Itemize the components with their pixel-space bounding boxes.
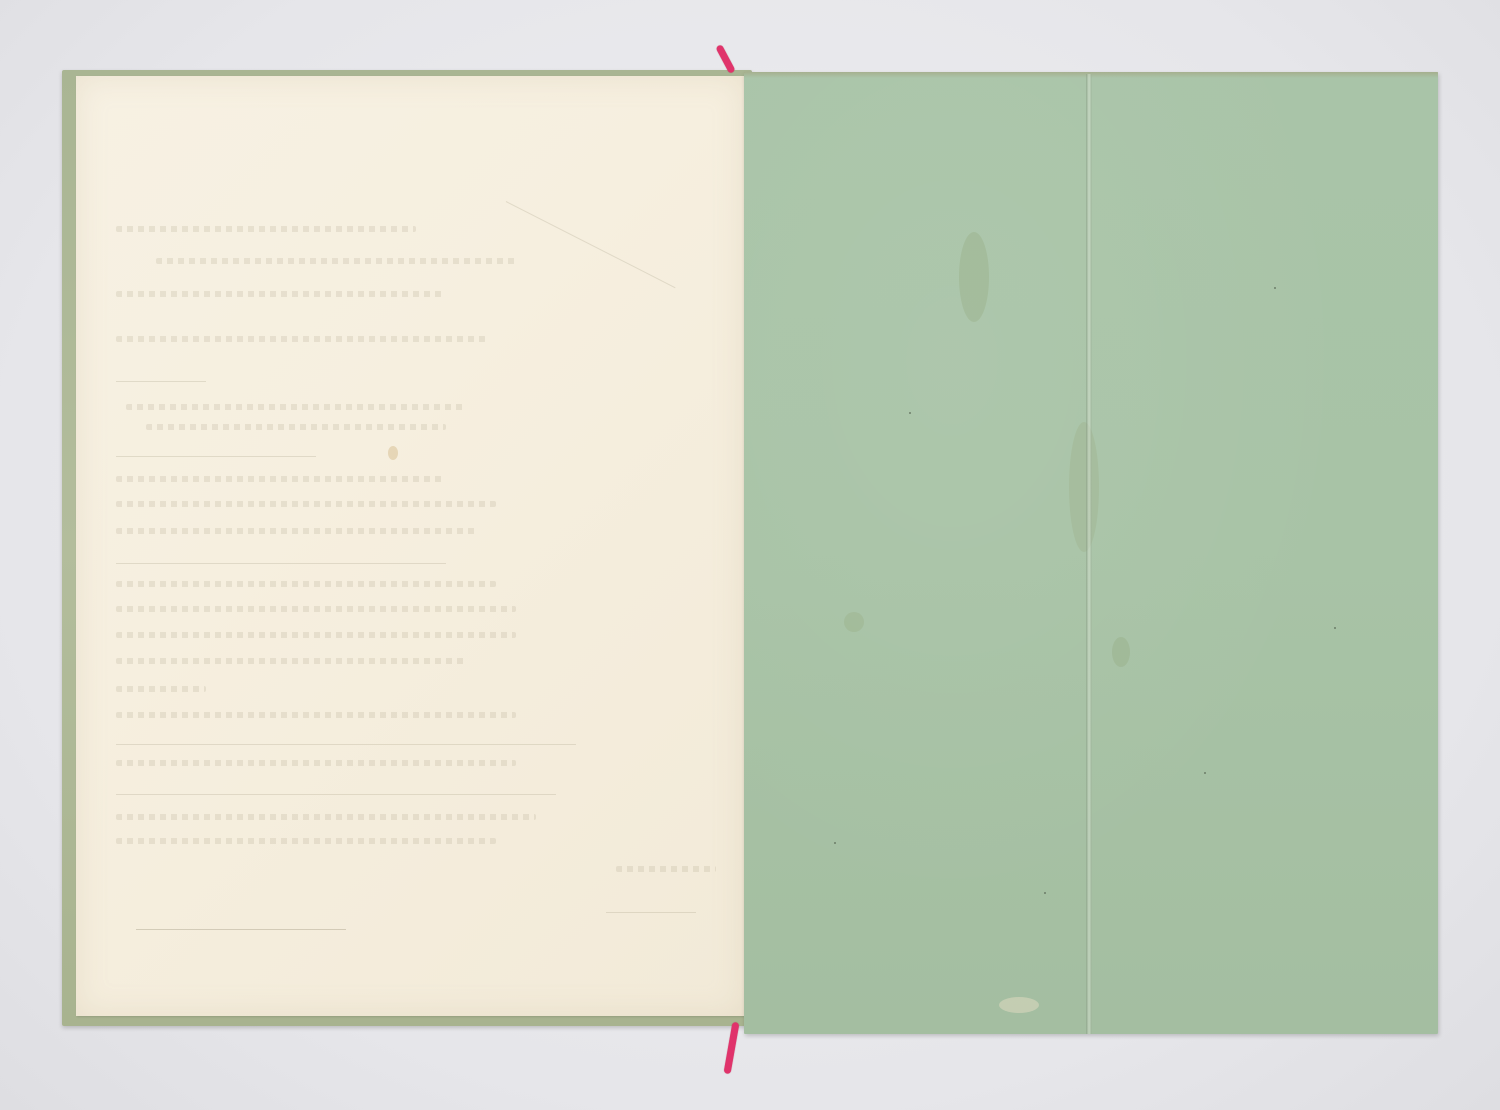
show-through-signature: [136, 929, 346, 930]
paper-fleck: [1044, 892, 1046, 894]
show-through-rule: [116, 794, 556, 795]
show-through-text: [116, 476, 446, 482]
show-through-text: [116, 838, 496, 844]
show-through-rule: [116, 456, 316, 457]
photo-background: [0, 0, 1500, 1110]
paper-fleck: [1334, 627, 1336, 629]
cover-stain: [959, 232, 989, 322]
show-through-rule: [606, 912, 696, 913]
show-through-text: [116, 528, 476, 534]
show-through-text: [116, 658, 466, 664]
show-through-text: [116, 226, 416, 232]
show-through-text: [116, 336, 486, 342]
show-through-text: [146, 424, 446, 430]
show-through-text: [116, 581, 496, 587]
paper-fleck: [1204, 772, 1206, 774]
show-through-text: [116, 814, 536, 820]
cover-stain: [844, 612, 864, 632]
show-through-text: [116, 632, 516, 638]
binding-thread-bottom: [724, 1022, 740, 1074]
paper-stain: [388, 446, 398, 460]
show-through-text: [156, 258, 516, 264]
show-through-text: [116, 686, 206, 692]
faint-crease: [506, 201, 676, 288]
show-through-rule: [116, 744, 576, 745]
show-through-text: [116, 606, 516, 612]
show-through-rule: [116, 381, 206, 382]
show-through-text: [116, 501, 496, 507]
show-through-rule: [116, 563, 446, 564]
paper-fleck: [909, 412, 911, 414]
cover-wear: [999, 997, 1039, 1013]
show-through-text: [116, 291, 446, 297]
cover-stain: [1112, 637, 1130, 667]
show-through-text: [126, 404, 466, 410]
show-through-text: [116, 712, 516, 718]
show-through-text: [116, 760, 516, 766]
cover-fold-crease: [1086, 74, 1092, 1034]
show-through-text: [616, 866, 716, 872]
cover-stain: [1069, 422, 1099, 552]
paper-fleck: [1274, 287, 1276, 289]
paper-fleck: [834, 842, 836, 844]
left-blank-page: [76, 76, 744, 1016]
